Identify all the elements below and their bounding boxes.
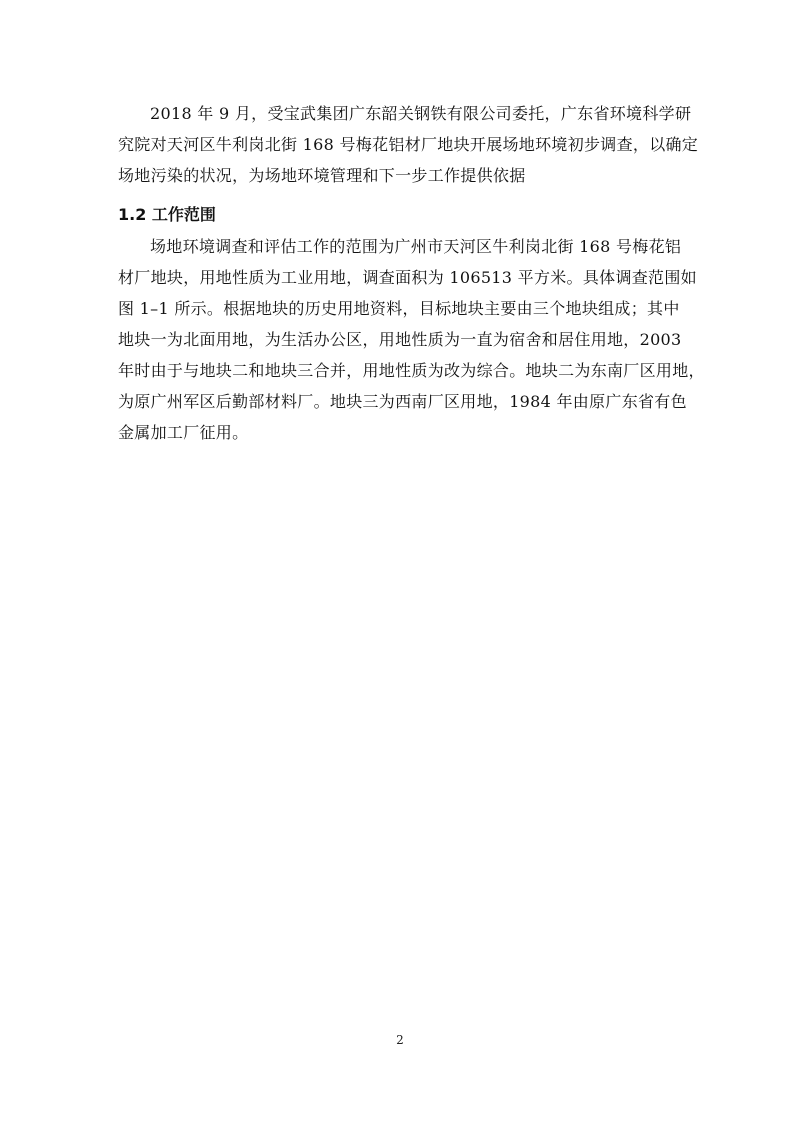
page-number: 2	[0, 1033, 800, 1047]
section-heading: 1.2 工作范围	[118, 203, 216, 227]
paragraph-line: 场地污染的状况，为场地环境管理和下一步工作提供依据	[118, 160, 688, 191]
paragraph-line: 2018 年 9 月，受宝武集团广东韶关钢铁有限公司委托，广东省环境科学研	[118, 98, 688, 129]
paragraph-line: 金属加工厂征用。	[118, 417, 688, 448]
paragraph-line: 图 1–1 所示。根据地块的历史用地资料，目标地块主要由三个地块组成；其中	[118, 293, 688, 324]
paragraph-commission: 2018 年 9 月，受宝武集团广东韶关钢铁有限公司委托，广东省环境科学研 究院…	[118, 98, 688, 191]
document-page: 2018 年 9 月，受宝武集团广东韶关钢铁有限公司委托，广东省环境科学研 究院…	[0, 0, 800, 1131]
paragraph-line: 究院对天河区牛利岗北街 168 号梅花铝材厂地块开展场地环境初步调查，以确定	[118, 129, 688, 160]
paragraph-line: 年时由于与地块二和地块三合并，用地性质为改为综合。地块二为东南厂区用地，	[118, 355, 688, 386]
paragraph-line: 场地环境调查和评估工作的范围为广州市天河区牛利岗北街 168 号梅花铝	[118, 231, 688, 262]
paragraph-line: 材厂地块，用地性质为工业用地，调查面积为 106513 平方米。具体调查范围如	[118, 262, 688, 293]
paragraph-work-scope: 场地环境调查和评估工作的范围为广州市天河区牛利岗北街 168 号梅花铝 材厂地块…	[118, 231, 688, 448]
paragraph-line: 为原广州军区后勤部材料厂。地块三为西南厂区用地，1984 年由原广东省有色	[118, 386, 688, 417]
paragraph-line: 地块一为北面用地，为生活办公区，用地性质为一直为宿舍和居住用地，2003	[118, 324, 688, 355]
